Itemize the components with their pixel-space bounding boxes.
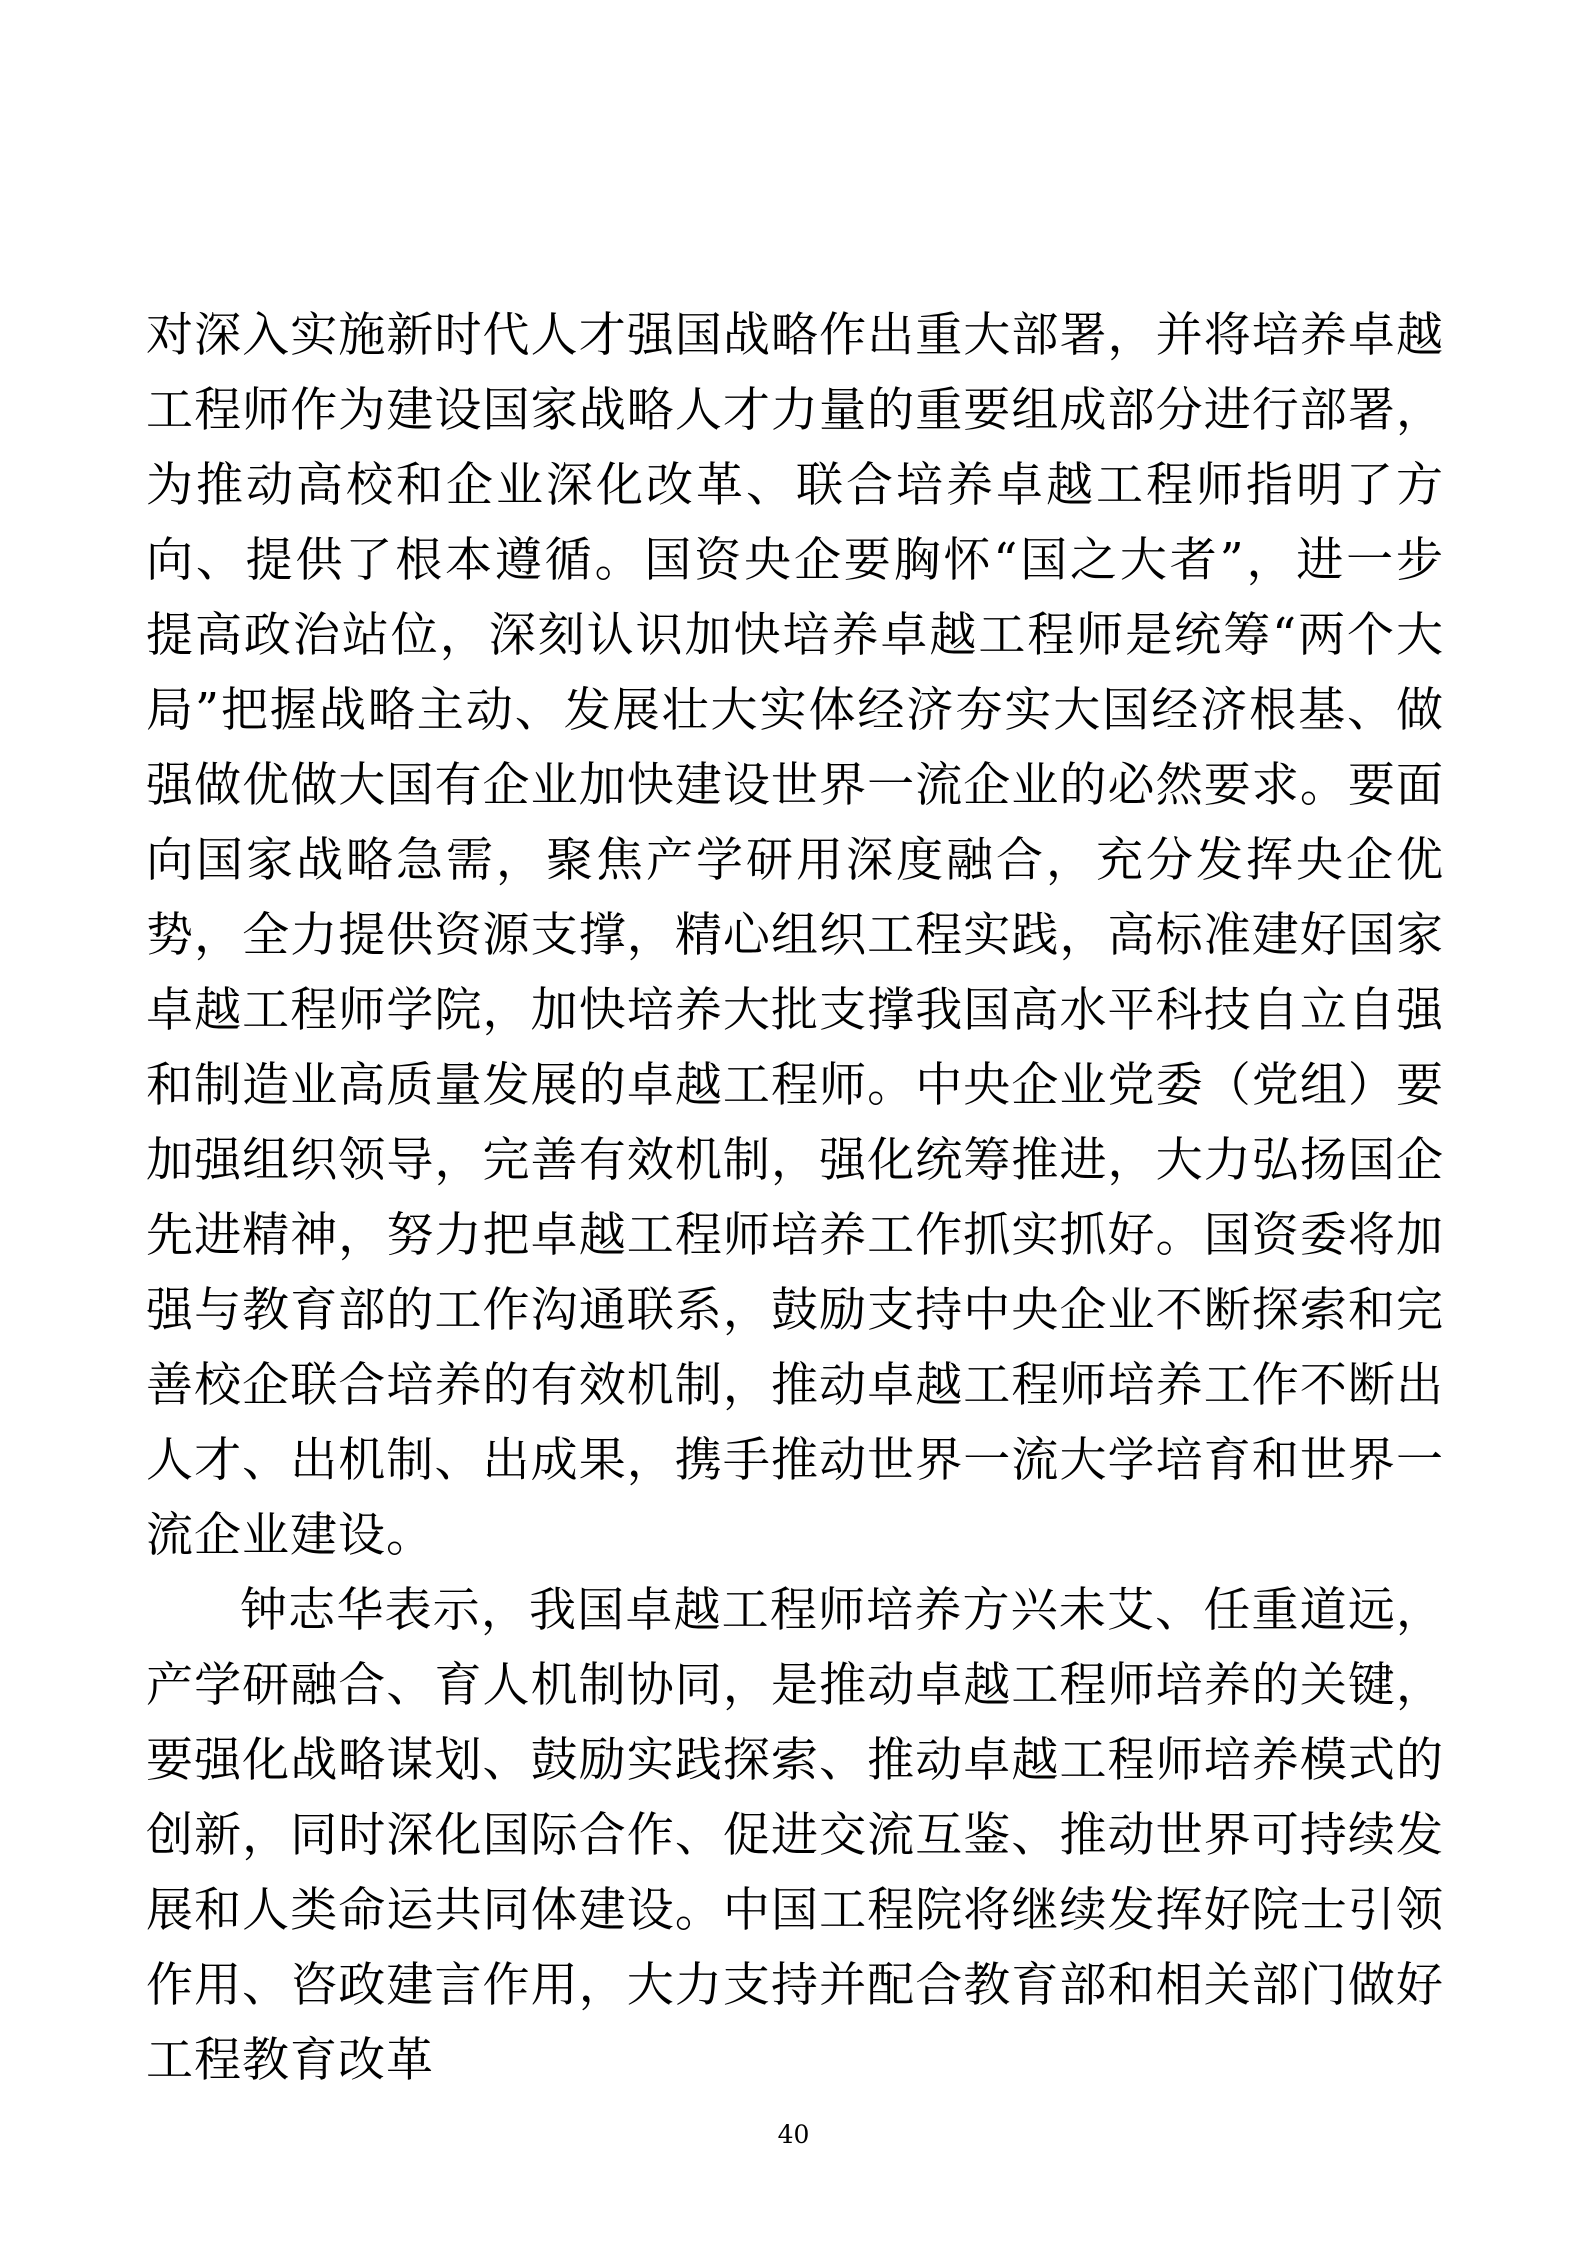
page-number: 40 [0,2120,1587,2150]
paragraph-2: 钟志华表示，我国卓越工程师培养方兴未艾、任重道远，产学研融合、育人机制协同，是推… [146,1573,1444,2098]
paragraph-1: 对深入实施新时代人才强国战略作出重大部署，并将培养卓越工程师作为建设国家战略人才… [146,298,1444,1573]
document-page: 对深入实施新时代人才强国战略作出重大部署，并将培养卓越工程师作为建设国家战略人才… [0,0,1587,2245]
document-body: 对深入实施新时代人才强国战略作出重大部署，并将培养卓越工程师作为建设国家战略人才… [146,298,1444,2098]
